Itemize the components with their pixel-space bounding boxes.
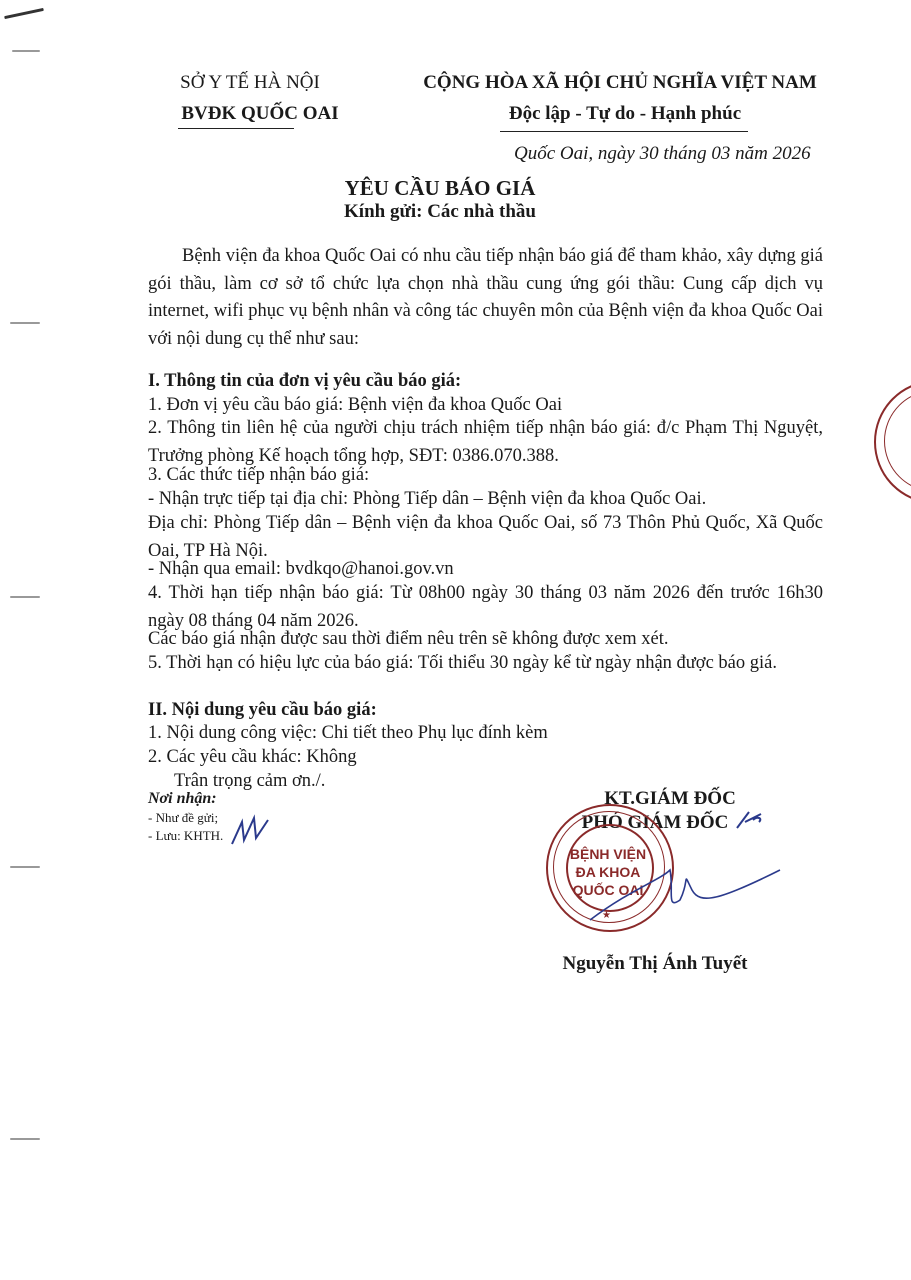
- country-title: CỘNG HÒA XÃ HỘI CHỦ NGHĨA VIỆT NAM: [400, 72, 840, 94]
- recipient-item: - Lưu: KHTH.: [148, 828, 223, 844]
- motto: Độc lập - Tự do - Hạnh phúc: [480, 103, 770, 125]
- document-title: YÊU CẦU BÁO GIÁ: [300, 176, 580, 201]
- initials-signature-icon: [228, 812, 288, 848]
- intro-paragraph: Bệnh viện đa khoa Quốc Oai có nhu cầu ti…: [148, 243, 823, 353]
- hospital-name: BVĐK QUỐC OAI: [160, 103, 360, 125]
- addressee: Kính gửi: Các nhà thầu: [300, 201, 580, 223]
- scan-mark-dots: [12, 50, 40, 52]
- scan-mark-line: [4, 8, 44, 19]
- scan-mark-dots: [10, 322, 40, 324]
- section1-item5: 5. Thời hạn có hiệu lực của báo giá: Tối…: [148, 650, 823, 678]
- recipient-item: - Như đề gửi;: [148, 810, 218, 826]
- motto-underline: [500, 131, 748, 132]
- scan-mark-dots: [10, 596, 40, 598]
- recipients-label: Nơi nhận:: [148, 790, 217, 808]
- scan-mark-dots: [10, 866, 40, 868]
- signer-name: Nguyễn Thị Ánh Tuyết: [540, 953, 770, 975]
- section1-item2-text: 2. Thông tin liên hệ của người chịu trác…: [148, 418, 823, 466]
- signature-scribble: [570, 850, 790, 930]
- scan-mark-dots: [10, 1138, 40, 1140]
- date-line: Quốc Oai, ngày 30 tháng 03 năm 2026: [514, 143, 811, 165]
- hospital-name-underline: [178, 128, 294, 129]
- agency-name: SỞ Y TẾ HÀ NỘI: [160, 72, 340, 94]
- pen-mark-icon: [735, 808, 767, 832]
